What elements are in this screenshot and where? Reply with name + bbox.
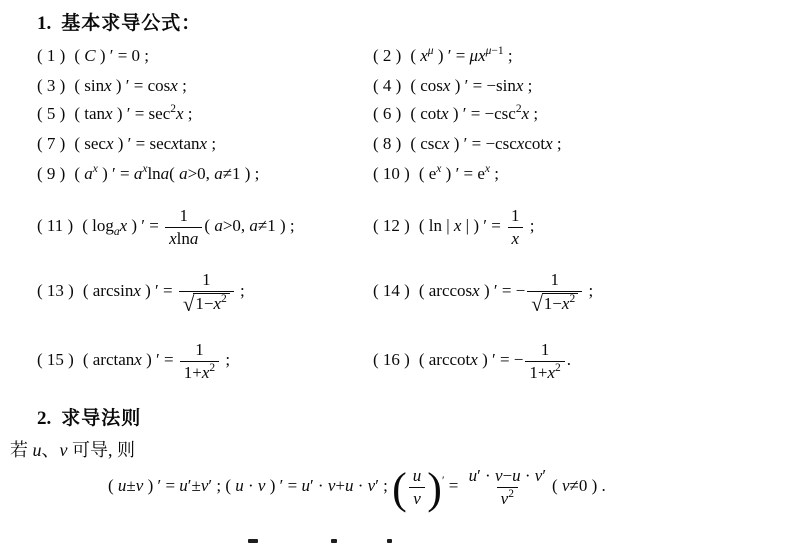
formula-expression: ( tanx ) ′ = sec2x ; (74, 104, 192, 123)
fraction: 1xlna (165, 206, 202, 248)
square-root: √1−x2 (183, 293, 230, 314)
formula-row-2: ( 3 )( sinx ) ′ = cosx ;( 4 )( cosx ) ′ … (37, 76, 532, 96)
formula-expression: ( cosx ) ′ = −sinx ; (410, 76, 532, 95)
formula-item-8: ( 8 )( cscx ) ′ = −cscxcotx ; (373, 134, 562, 154)
formula-item-9: ( 9 )( ax ) ′ = axlna( a>0, a≠1 ) ; (37, 164, 373, 184)
formula-number: ( 12 ) (373, 216, 410, 235)
formula-expression: ( sinx ) ′ = cosx ; (74, 76, 186, 95)
fraction: u′ · v−u · v′v2 (465, 466, 550, 508)
cut-mark-3 (387, 539, 392, 543)
formula-item-5: ( 5 )( tanx ) ′ = sec2x ; (37, 104, 373, 124)
fraction: 1√1−x2 (179, 270, 234, 314)
formula-expression: ( cotx ) ′ = −csc2x ; (410, 104, 538, 123)
formula-item-14: ( 14 )( arccosx ) ′ = −1√1−x2 ; (373, 270, 593, 314)
fraction: 1√1−x2 (527, 270, 582, 314)
formula-expression: ( secx ) ′ = secxtanx ; (74, 134, 216, 153)
formula-number: ( 13 ) (37, 281, 74, 300)
formula-number: ( 16 ) (373, 350, 410, 369)
textbook-page: 1.基本求导公式： ( 1 )( C ) ′ = 0 ;( 2 )( xμ ) … (0, 0, 789, 545)
formula-row-8: ( 15 )( arctanx ) ′ = 11+x2 ;( 16 )( arc… (37, 340, 571, 382)
formula-item-15: ( 15 )( arctanx ) ′ = 11+x2 ; (37, 340, 373, 382)
formula-item-3: ( 3 )( sinx ) ′ = cosx ; (37, 76, 373, 96)
formula-row-1: ( 1 )( C ) ′ = 0 ;( 2 )( xμ ) ′ = μxμ−1 … (37, 46, 513, 66)
formula-number: ( 14 ) (373, 281, 410, 300)
formula-item-16: ( 16 )( arccotx ) ′ = −11+x2. (373, 340, 571, 382)
section2-title: 2.求导法则 (37, 403, 141, 430)
formula-expression: ( ln | x | ) ′ = 1x ; (419, 216, 535, 235)
formula-item-12: ( 12 )( ln | x | ) ′ = 1x ; (373, 206, 535, 248)
formula-row-6: ( 11 )( logax ) ′ = 1xlna( a>0, a≠1 ) ;(… (37, 206, 535, 248)
formula-number: ( 15 ) (37, 350, 74, 369)
formula-expression: ( cscx ) ′ = −cscxcotx ; (410, 134, 561, 153)
formula-item-2: ( 2 )( xμ ) ′ = μxμ−1 ; (373, 46, 513, 66)
formula-item-6: ( 6 )( cotx ) ′ = −csc2x ; (373, 104, 538, 124)
section2-title-text: 求导法则 (61, 408, 141, 429)
formula-item-4: ( 4 )( cosx ) ′ = −sinx ; (373, 76, 532, 96)
formula-row-7: ( 13 )( arcsinx ) ′ = 1√1−x2 ;( 14 )( ar… (37, 270, 593, 314)
fraction: 11+x2 (180, 340, 219, 382)
formula-number: ( 1 ) (37, 46, 65, 65)
radical-sign: √ (531, 294, 543, 315)
section1-title: 1.基本求导公式： (37, 8, 201, 35)
fraction: 11+x2 (525, 340, 564, 382)
formula-expression: ( arctanx ) ′ = 11+x2 ; (83, 350, 230, 369)
cut-mark-1 (248, 539, 258, 543)
formula-expression: ( arccosx ) ′ = −1√1−x2 ; (419, 281, 593, 300)
formula-number: ( 4 ) (373, 76, 401, 95)
formula-number: ( 8 ) (373, 134, 401, 153)
formula-item-10: ( 10 )( ex ) ′ = ex ; (373, 164, 499, 184)
formula-number: ( 11 ) (37, 216, 73, 235)
section1-title-text: 基本求导公式： (61, 13, 201, 34)
formula-number: ( 9 ) (37, 164, 65, 183)
section2-title-number: 2. (37, 408, 51, 429)
formula-expression: ( ax ) ′ = axlna( a>0, a≠1 ) ; (74, 164, 259, 183)
formula-expression: ( ex ) ′ = ex ; (419, 164, 499, 183)
formula-number: ( 2 ) (373, 46, 401, 65)
formula-expression: ( C ) ′ = 0 ; (74, 46, 149, 65)
formula-expression: ( xμ ) ′ = μxμ−1 ; (410, 46, 512, 65)
formula-row-5: ( 9 )( ax ) ′ = axlna( a>0, a≠1 ) ;( 10 … (37, 164, 499, 184)
big-paren: ( (392, 464, 407, 513)
big-paren: ) (427, 464, 442, 513)
fraction: uv (409, 466, 426, 508)
formula-row-4: ( 7 )( secx ) ′ = secxtanx ;( 8 )( cscx … (37, 134, 562, 154)
square-root: √1−x2 (531, 293, 578, 314)
fraction: 1x (507, 206, 524, 248)
formula-number: ( 10 ) (373, 164, 410, 183)
formula-number: ( 6 ) (373, 104, 401, 123)
formula-number: ( 5 ) (37, 104, 65, 123)
formula-row-3: ( 5 )( tanx ) ′ = sec2x ;( 6 )( cotx ) ′… (37, 104, 538, 124)
formula-item-7: ( 7 )( secx ) ′ = secxtanx ; (37, 134, 373, 154)
formula-number: ( 3 ) (37, 76, 65, 95)
intro-line: 若 u、v 可导, 则 (10, 436, 135, 462)
formula-number: ( 7 ) (37, 134, 65, 153)
formula-item-13: ( 13 )( arcsinx ) ′ = 1√1−x2 ; (37, 270, 373, 314)
formula-expression: ( arcsinx ) ′ = 1√1−x2 ; (83, 281, 245, 300)
formula-item-11: ( 11 )( logax ) ′ = 1xlna( a>0, a≠1 ) ; (37, 206, 373, 248)
formula-expression: ( arccotx ) ′ = −11+x2. (419, 350, 571, 369)
cut-mark-2 (331, 539, 337, 543)
formula-expression: ( logax ) ′ = 1xlna( a>0, a≠1 ) ; (82, 216, 294, 235)
section1-title-number: 1. (37, 13, 51, 34)
formula-item-1: ( 1 )( C ) ′ = 0 ; (37, 46, 373, 66)
rule-formula: ( u±v ) ′ = u′±v′ ; ( u · v ) ′ = u′ · v… (108, 466, 606, 508)
radical-sign: √ (183, 294, 195, 315)
